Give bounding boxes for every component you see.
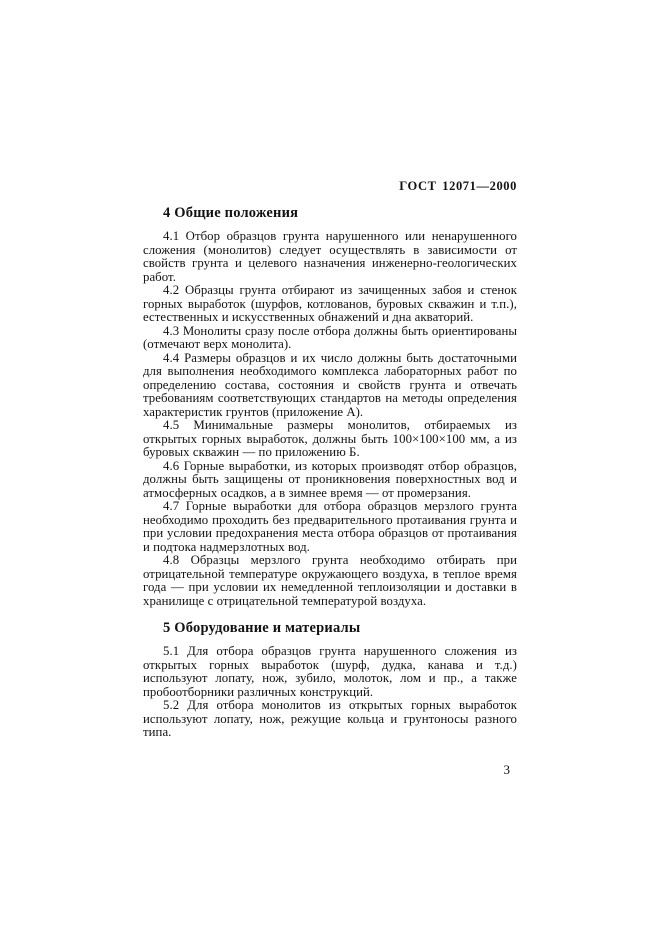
page-number: 3 [143, 763, 517, 776]
section-heading-general-provisions: 4 Общие положения [143, 206, 517, 221]
document-page: ГОСТ 12071—2000 4 Общие положения 4.1 От… [0, 0, 661, 935]
paragraph-4-6: 4.6 Горные выработки, из которых произво… [143, 460, 517, 501]
section-heading-equipment-materials: 5 Оборудование и материалы [143, 621, 517, 636]
paragraph-4-4: 4.4 Размеры образцов и их число должны б… [143, 352, 517, 420]
document-content: ГОСТ 12071—2000 4 Общие положения 4.1 От… [143, 180, 517, 776]
paragraph-4-1: 4.1 Отбор образцов грунта нарушенного ил… [143, 230, 517, 284]
paragraph-4-2: 4.2 Образцы грунта отбирают из зачищенны… [143, 284, 517, 325]
document-code-header: ГОСТ 12071—2000 [143, 180, 517, 193]
paragraph-4-8: 4.8 Образцы мерзлого грунта необходимо о… [143, 554, 517, 608]
paragraph-4-7: 4.7 Горные выработки для отбора образцов… [143, 500, 517, 554]
paragraph-5-1: 5.1 Для отбора образцов грунта нарушенно… [143, 645, 517, 699]
paragraph-5-2: 5.2 Для отбора монолитов из открытых гор… [143, 699, 517, 740]
paragraph-4-5: 4.5 Минимальные размеры монолитов, отбир… [143, 419, 517, 460]
paragraph-4-3: 4.3 Монолиты сразу после отбора должны б… [143, 325, 517, 352]
